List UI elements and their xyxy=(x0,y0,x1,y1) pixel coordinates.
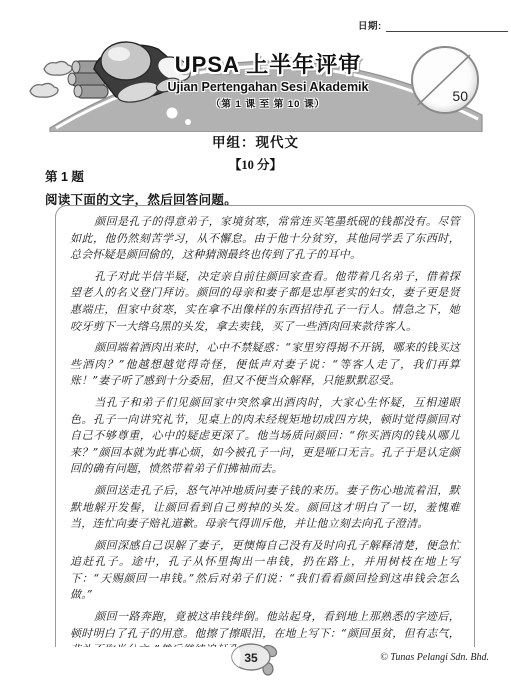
group-label: 甲组：现代文 xyxy=(0,131,511,151)
rocket-dome-highlight xyxy=(108,47,130,61)
passage-paragraph: 颜回深感自己误解了妻子，更懊悔自己没有及时向孔子解释清楚，便急忙追赶孔子。途中，… xyxy=(70,538,460,604)
passage-paragraph: 颜回是孔子的得意弟子，家境贫寒，常常连买笔墨纸砚的钱都没有。尽管如此，他仍然刻苦… xyxy=(70,214,460,264)
score-total: 50 xyxy=(452,88,468,104)
banner-dot xyxy=(185,119,191,125)
date-label: 日期: xyxy=(358,18,382,32)
assessment-scope: （第 1 课 至 第 10 课） xyxy=(128,96,408,110)
page-number-badge: 35 xyxy=(230,641,282,677)
passage-box-border-top xyxy=(65,205,465,206)
copyright-notice: © Tunas Pelangi Sdn. Bhd. xyxy=(380,652,489,663)
worksheet-page: 日期: xyxy=(0,0,511,700)
passage-box-border-right xyxy=(474,215,475,647)
banner-titles: UPSA 上半年评审 Ujian Pertengahan Sesi Akadem… xyxy=(128,53,408,110)
assessment-title: UPSA 上半年评审 xyxy=(128,53,408,77)
passage-paragraph: 孔子对此半信半疑，决定亲自前往颜回家查看。他带着几名弟子，借着探望老人的名义登门… xyxy=(70,269,460,335)
passage-box-corner xyxy=(55,205,67,217)
score-circle: 50 xyxy=(411,46,479,114)
question-block: 第 1 题 阅读下面的文字，然后回答问题。 xyxy=(45,167,237,208)
passage-box: 颜回是孔子的得意弟子，家境贫寒，常常连买笔墨纸砚的钱都没有。尽管如此，他仍然刻苦… xyxy=(55,205,475,647)
badge-highlight xyxy=(232,647,241,667)
cloud-icon xyxy=(30,61,72,97)
passage-box-corner xyxy=(463,205,475,217)
passage-box-border-left xyxy=(55,215,56,647)
page-number: 35 xyxy=(244,651,258,665)
passage-paragraph: 颜回送走孔子后，怒气冲冲地质问妻子钱的来历。妻子伤心地流着泪，默默地解开发髻，让… xyxy=(70,483,460,533)
date-blank-line xyxy=(386,21,508,32)
assessment-subtitle: Ujian Pertengahan Sesi Akademik xyxy=(128,80,408,94)
date-row: 日期: xyxy=(358,18,508,32)
passage-paragraph: 当孔子和弟子们见颜回家中突然拿出酒肉时，大家心生怀疑，互相递眼色。孔子一向讲究礼… xyxy=(70,395,460,478)
passage-text: 颜回是孔子的得意弟子，家境贫寒，常常连买笔墨纸砚的钱都没有。尽管如此，他仍然刻苦… xyxy=(70,214,460,647)
passage-paragraph: 颜回端着酒肉出来时，心中不禁疑惑：“家里穷得揭不开锅，哪来的钱买这些酒肉？”他越… xyxy=(70,340,460,390)
question-number: 第 1 题 xyxy=(45,167,237,185)
